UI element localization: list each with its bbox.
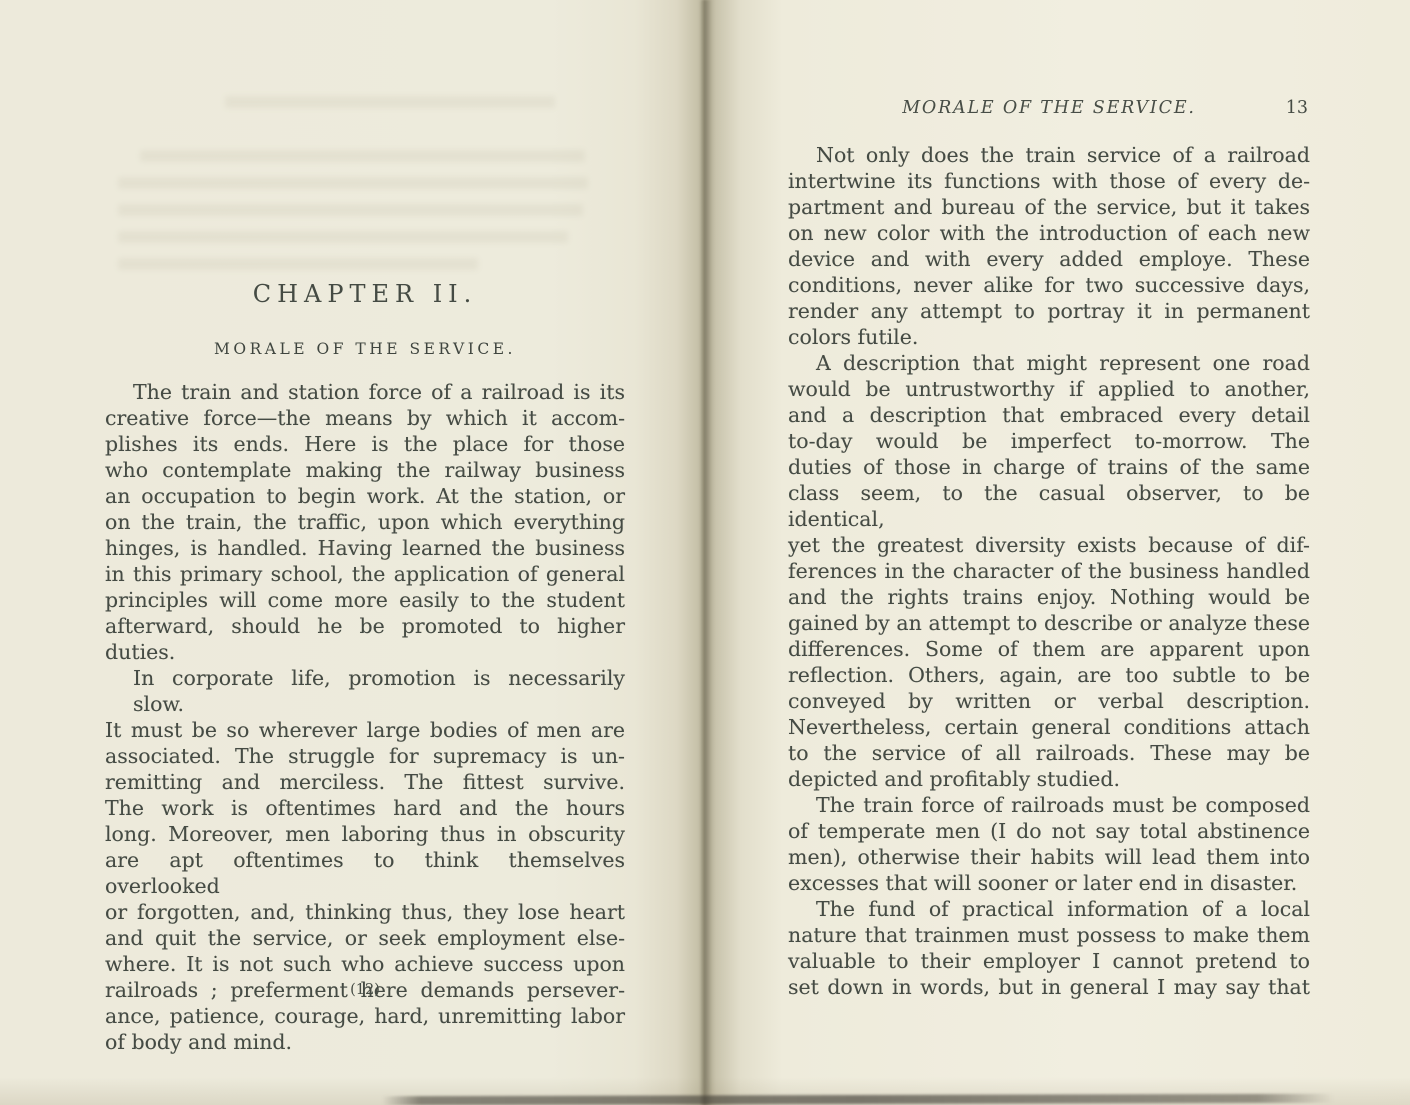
chapter-heading: CHAPTER II. <box>105 280 625 308</box>
text-line: Nevertheless, certain general conditions… <box>788 714 1310 740</box>
text-line: ance, patience, courage, hard, unremitti… <box>105 1003 625 1029</box>
text-line: would be untrustworthy if applied to ano… <box>788 376 1310 402</box>
text-line: associated. The struggle for supremacy i… <box>105 743 625 769</box>
text-line: The train force of railroads must be com… <box>788 792 1310 818</box>
text-line: class seem, to the casual observer, to b… <box>788 480 1310 532</box>
text-line: gained by an attempt to describe or anal… <box>788 610 1310 636</box>
text-line: or forgotten, and, thinking thus, they l… <box>105 899 625 925</box>
text-line: of body and mind. <box>105 1029 625 1055</box>
text-line: colors futile. <box>788 324 1310 350</box>
folio-page-number: (12) <box>105 982 625 998</box>
text-line: who contemplate making the railway busin… <box>105 457 625 483</box>
text-line: It must be so wherever large bodies of m… <box>105 717 625 743</box>
text-line: intertwine its functions with those of e… <box>788 168 1310 194</box>
text-line: valuable to their employer I cannot pret… <box>788 948 1310 974</box>
text-line: duties of those in charge of trains of t… <box>788 454 1310 480</box>
text-line: hinges, is handled. Having learned the b… <box>105 535 625 561</box>
text-line: The train and station force of a railroa… <box>105 379 625 405</box>
text-line: The fund of practical information of a l… <box>788 896 1310 922</box>
gutter-shadow <box>699 0 712 1105</box>
text-line: Not only does the train service of a rai… <box>788 142 1310 168</box>
text-line: plishes its ends. Here is the place for … <box>105 431 625 457</box>
text-line: where. It is not such who achieve succes… <box>105 951 625 977</box>
text-line: render any attempt to portray it in perm… <box>788 298 1310 324</box>
text-line: on new color with the introduction of ea… <box>788 220 1310 246</box>
text-line: to-day would be imperfect to-morrow. The <box>788 428 1310 454</box>
text-line: of temperate men (I do not say total abs… <box>788 818 1310 844</box>
text-line: men), otherwise their habits will lead t… <box>788 844 1310 870</box>
text-line: on the train, the traffic, upon which ev… <box>105 509 625 535</box>
running-head: MORALE OF THE SERVICE. <box>788 98 1310 118</box>
text-line: A description that might represent one r… <box>788 350 1310 376</box>
text-line: an occupation to begin work. At the stat… <box>105 483 625 509</box>
text-line: long. Moreover, men laboring thus in obs… <box>105 821 625 847</box>
text-line: and the rights trains enjoy. Nothing wou… <box>788 584 1310 610</box>
text-line: in this primary school, the application … <box>105 561 625 587</box>
text-line: The work is oftentimes hard and the hour… <box>105 795 625 821</box>
chapter-subheading: MORALE OF THE SERVICE. <box>105 340 625 358</box>
text-line: and quit the service, or seek employment… <box>105 925 625 951</box>
text-line: partment and bureau of the service, but … <box>788 194 1310 220</box>
text-line: conveyed by written or verbal descriptio… <box>788 688 1310 714</box>
text-line: principles will come more easily to the … <box>105 587 625 613</box>
text-line: yet the greatest diversity exists becaus… <box>788 532 1310 558</box>
text-line: device and with every added employe. The… <box>788 246 1310 272</box>
text-line: reflection. Others, again, are too subtl… <box>788 662 1310 688</box>
running-head-row: MORALE OF THE SERVICE. 13 <box>788 98 1310 124</box>
text-line: differences. Some of them are apparent u… <box>788 636 1310 662</box>
text-line: remitting and merciless. The fittest sur… <box>105 769 625 795</box>
text-line: are apt oftentimes to think themselves o… <box>105 847 625 899</box>
text-line: set down in words, but in general I may … <box>788 974 1310 1000</box>
text-line: In corporate life, promotion is necessar… <box>105 665 625 717</box>
left-page-text-block: The train and station force of a railroa… <box>105 379 625 1055</box>
text-line: depicted and profitably studied. <box>788 766 1310 792</box>
right-page: MORALE OF THE SERVICE. 13 Not only does … <box>705 0 1410 1105</box>
text-line: conditions, never alike for two successi… <box>788 272 1310 298</box>
text-line: creative force—the means by which it acc… <box>105 405 625 431</box>
book-spread: CHAPTER II. MORALE OF THE SERVICE. The t… <box>0 0 1410 1105</box>
left-page: CHAPTER II. MORALE OF THE SERVICE. The t… <box>0 0 705 1105</box>
text-line: and a description that embraced every de… <box>788 402 1310 428</box>
text-line: ferences in the character of the busines… <box>788 558 1310 584</box>
text-line: excesses that will sooner or later end i… <box>788 870 1310 896</box>
text-line: to the service of all railroads. These m… <box>788 740 1310 766</box>
right-page-text-block: Not only does the train service of a rai… <box>788 142 1310 1000</box>
text-line: afterward, should he be promoted to high… <box>105 613 625 665</box>
text-line: nature that trainmen must possess to mak… <box>788 922 1310 948</box>
page-number: 13 <box>1286 98 1308 118</box>
